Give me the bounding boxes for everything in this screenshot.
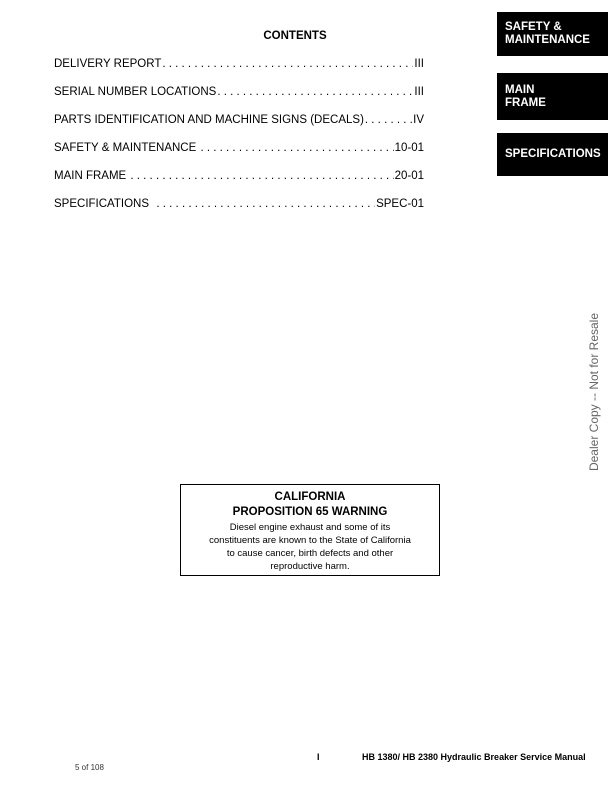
- toc-page: III: [414, 58, 424, 70]
- toc-leader-dots: [156, 198, 375, 210]
- toc-page: III: [414, 86, 424, 98]
- warning-title-line1: CALIFORNIA: [181, 490, 439, 505]
- section-tab-specifications[interactable]: SPECIFICATIONS: [497, 133, 608, 176]
- warning-body-line: to cause cancer, birth defects and other: [181, 547, 439, 560]
- footer-page-count: 5 of 108: [75, 763, 104, 772]
- toc-entry-serial-number-locations[interactable]: SERIAL NUMBER LOCATIONS III: [54, 86, 424, 114]
- warning-title-line2: PROPOSITION 65 WARNING: [181, 505, 439, 520]
- section-tab-safety-maintenance[interactable]: SAFETY & MAINTENANCE: [497, 12, 608, 56]
- toc-label: SPECIFICATIONS: [54, 198, 155, 210]
- toc-leader-dots: [200, 142, 393, 154]
- toc-leader-dots: [162, 58, 413, 70]
- toc-page: IV: [413, 114, 424, 126]
- warning-body-line: reproductive harm.: [181, 560, 439, 573]
- toc-label: DELIVERY REPORT: [54, 58, 161, 70]
- footer-manual-title: HB 1380/ HB 2380 Hydraulic Breaker Servi…: [362, 752, 586, 762]
- toc-entry-delivery-report[interactable]: DELIVERY REPORT III: [54, 58, 424, 86]
- table-of-contents: DELIVERY REPORT III SERIAL NUMBER LOCATI…: [54, 58, 424, 226]
- toc-page: 10-01: [395, 142, 424, 154]
- toc-entry-main-frame[interactable]: MAIN FRAME 20-01: [54, 170, 424, 198]
- toc-page: 20-01: [395, 170, 424, 182]
- toc-entry-specifications[interactable]: SPECIFICATIONS SPEC-01: [54, 198, 424, 226]
- warning-body-line: Diesel engine exhaust and some of its: [181, 521, 439, 534]
- toc-label: PARTS IDENTIFICATION AND MACHINE SIGNS (…: [54, 114, 364, 126]
- watermark: Dealer Copy -- Not for Resale: [587, 313, 601, 471]
- toc-leader-dots: [217, 86, 413, 98]
- toc-label: MAIN FRAME: [54, 170, 129, 182]
- section-tab-main-frame[interactable]: MAIN FRAME: [497, 73, 608, 120]
- toc-entry-safety-maintenance[interactable]: SAFETY & MAINTENANCE 10-01: [54, 142, 424, 170]
- warning-body-line: constituents are known to the State of C…: [181, 534, 439, 547]
- warning-body: Diesel engine exhaust and some of its co…: [181, 521, 439, 573]
- toc-page: SPEC-01: [376, 198, 424, 210]
- footer-page-number: I: [317, 752, 320, 762]
- toc-label: SERIAL NUMBER LOCATIONS: [54, 86, 216, 98]
- toc-label: SAFETY & MAINTENANCE: [54, 142, 199, 154]
- toc-leader-dots: [130, 170, 393, 182]
- toc-entry-parts-identification[interactable]: PARTS IDENTIFICATION AND MACHINE SIGNS (…: [54, 114, 424, 142]
- prop65-warning-box: CALIFORNIA PROPOSITION 65 WARNING Diesel…: [180, 484, 440, 576]
- toc-leader-dots: [365, 114, 412, 126]
